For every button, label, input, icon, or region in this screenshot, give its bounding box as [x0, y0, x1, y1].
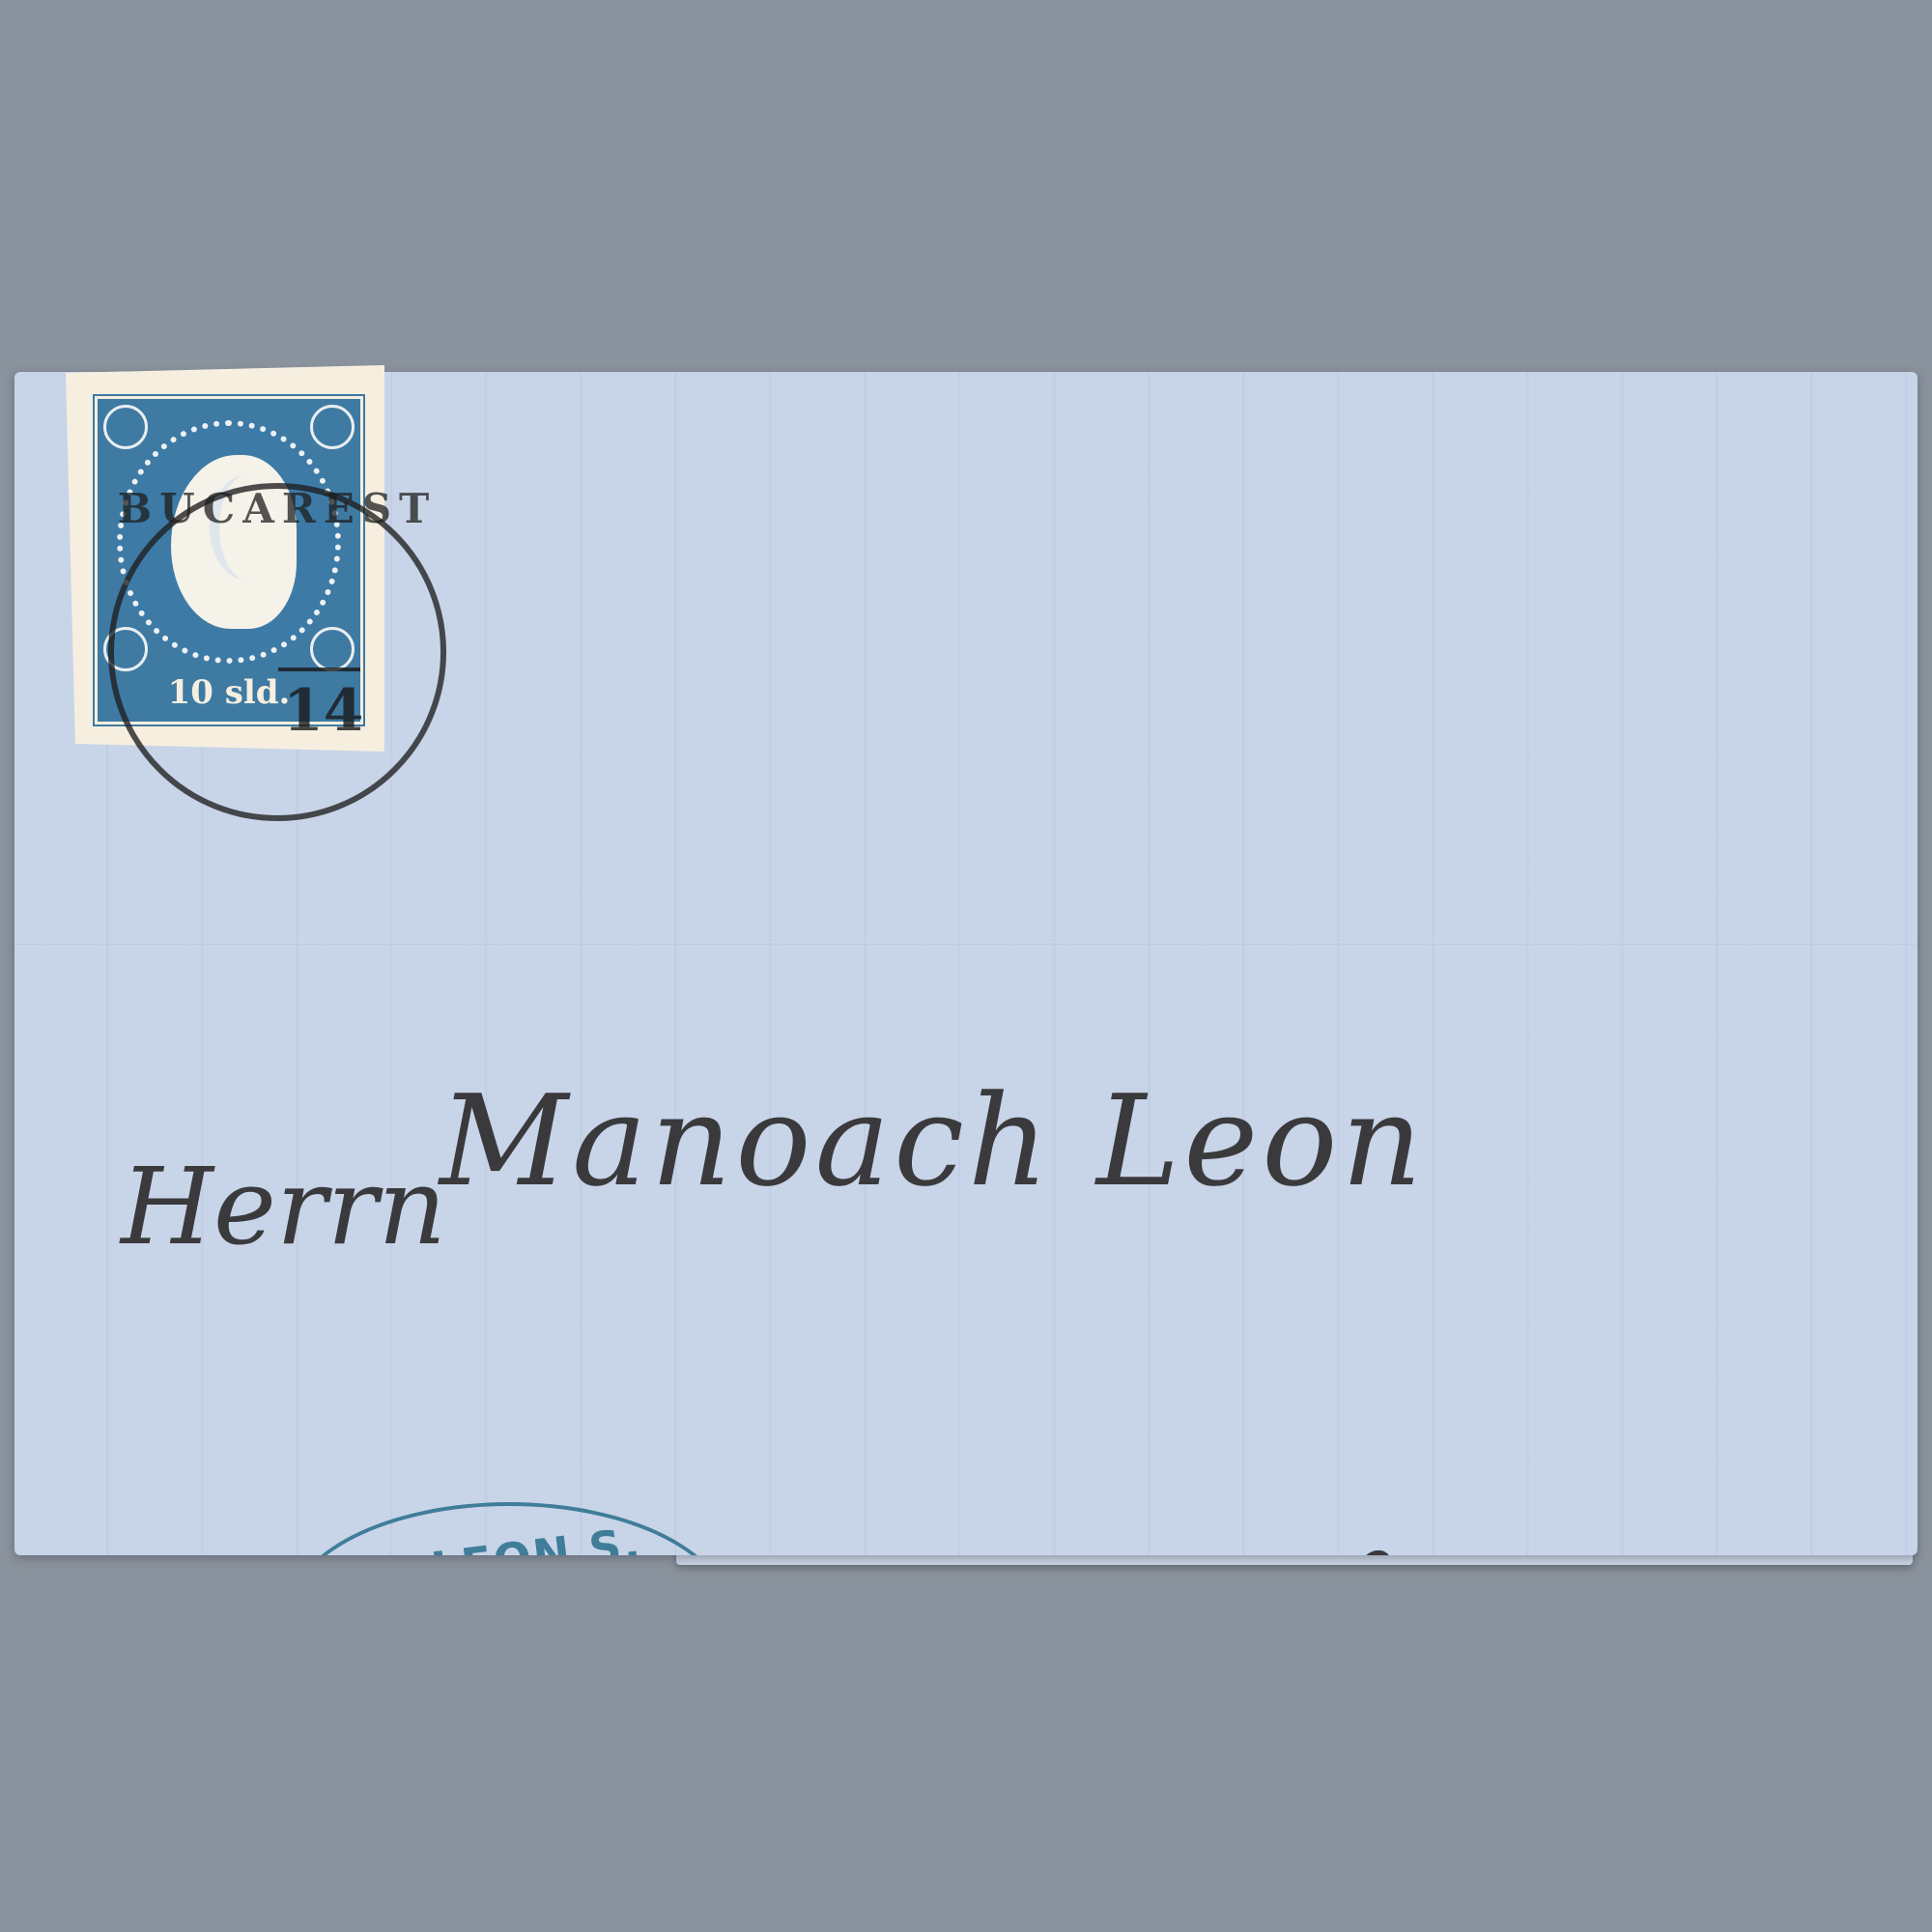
- postmark-cancel: BUCAREST 14: [108, 483, 446, 821]
- salutation-handwriting: Herrn: [121, 1145, 446, 1268]
- postmark-date: 14: [283, 677, 364, 745]
- postmark-date-rule: [278, 668, 360, 671]
- ornament-icon: [310, 405, 355, 449]
- ornament-icon: [103, 405, 148, 449]
- fold-crease: [14, 942, 1918, 945]
- firm-cachet-name: M. LEON S.: [347, 1518, 645, 1555]
- addressee-handwriting: Manoach Leon: [440, 1067, 1426, 1214]
- firm-cachet: M. LEON S. No BUKAREST: [287, 1502, 731, 1555]
- destination-city-handwriting: Wien: [1154, 1521, 1622, 1555]
- postmark-town: BUCAREST: [114, 485, 440, 532]
